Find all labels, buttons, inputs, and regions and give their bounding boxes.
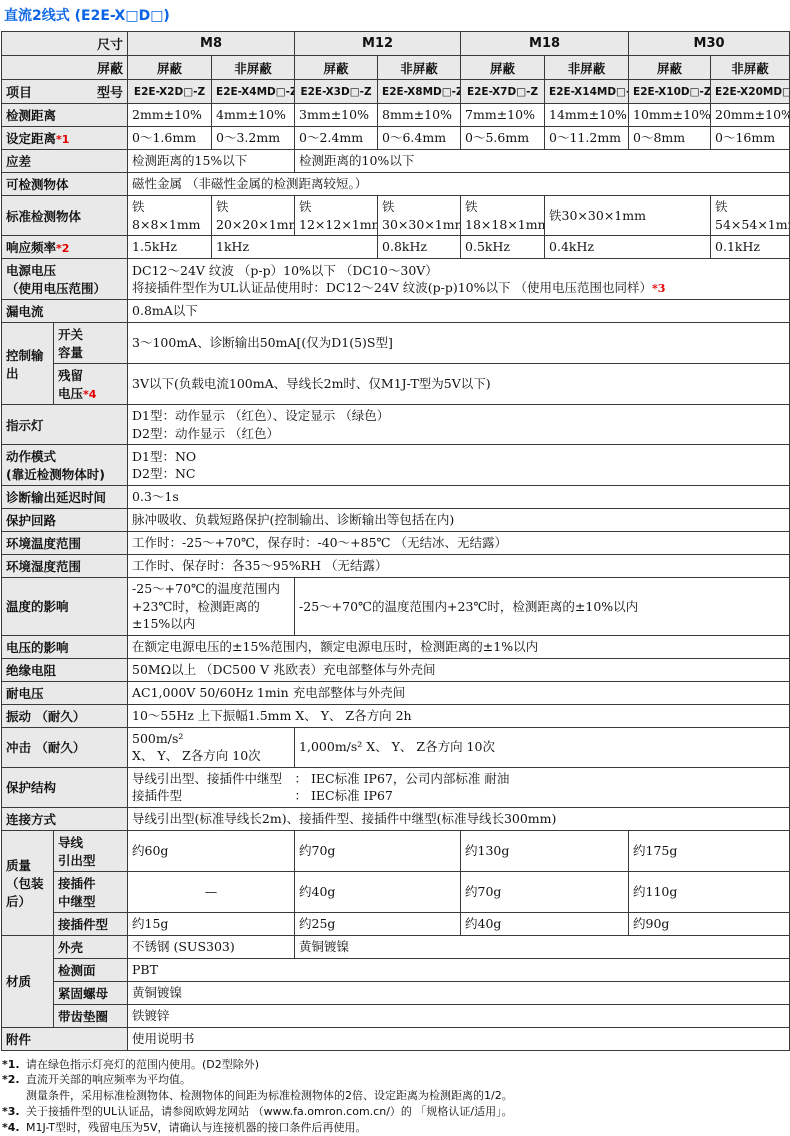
footnote-text: 请在绿色指示灯亮灯的范围内使用。(D2型除外) bbox=[26, 1057, 788, 1073]
spec-value-cell: 使用说明书 bbox=[128, 1027, 790, 1050]
spec-value-cell: 7mm±10% bbox=[461, 104, 545, 127]
spec-value-cell: 铁镀锌 bbox=[128, 1004, 790, 1027]
spec-value-cell: 0～8mm bbox=[629, 127, 711, 150]
spec-value-cell: 约15g bbox=[128, 912, 295, 935]
row-label: 振动 （耐久） bbox=[2, 704, 128, 727]
spec-value-cell: 1kHz bbox=[212, 236, 378, 259]
row-label: 漏电流 bbox=[2, 300, 128, 323]
spec-value-cell: 3V以下(负载电流100mA、导线长2m时、仅M1J-T型为5V以下) bbox=[128, 364, 790, 405]
spec-value-cell: D1型：动作显示 （红色）、设定显示 （绿色）D2型：动作显示 （红色） bbox=[128, 405, 790, 445]
row-label: 冲击 （耐久） bbox=[2, 727, 128, 767]
spec-value-cell: 0～1.6mm bbox=[128, 127, 212, 150]
footnote-ref: *1 bbox=[56, 133, 69, 146]
page-title: 直流2线式 (E2E-X□D□) bbox=[0, 0, 790, 31]
row-sub-label: 接插件型 bbox=[54, 912, 128, 935]
table-row: 设定距离*10～1.6mm0～3.2mm0～2.4mm0～6.4mm0～5.6m… bbox=[2, 127, 790, 150]
footnote-line: 测量条件，采用标准检测物体、检测物体的间距为标准检测物体的2倍、设定距离为检测距… bbox=[26, 1088, 788, 1104]
table-body: 检测距离2mm±10%4mm±10%3mm±10%8mm±10%7mm±10%1… bbox=[2, 104, 790, 1051]
model-header: E2E-X7D□-Z bbox=[461, 80, 545, 104]
table-row: 指示灯D1型：动作显示 （红色）、设定显示 （绿色）D2型：动作显示 （红色） bbox=[2, 405, 790, 445]
spec-value-cell: 铁30×30×1mm bbox=[545, 196, 711, 236]
spec-value-cell: 0～16mm bbox=[711, 127, 790, 150]
spec-value-cell: 20mm±10% bbox=[711, 104, 790, 127]
spec-value-cell: DC12～24V 纹波 （p-p）10%以下 （DC10～30V）将接插件型作为… bbox=[128, 259, 790, 300]
spec-value-cell: 约175g bbox=[629, 830, 790, 871]
row-label: 连接方式 bbox=[2, 807, 128, 830]
spec-value-cell: 检测距离的10%以下 bbox=[295, 150, 790, 173]
spec-value-cell: 0.8mA以下 bbox=[128, 300, 790, 323]
spec-value-cell: 约90g bbox=[629, 912, 790, 935]
spec-value-cell: 磁性金属 （非磁性金属的检测距离较短。） bbox=[128, 173, 790, 196]
table-row: 响应频率*21.5kHz1kHz0.8kHz0.5kHz0.4kHz0.1kHz bbox=[2, 236, 790, 259]
table-row: 接插件中继型—约40g约70g约110g bbox=[2, 871, 790, 912]
table-row: 残留电压*43V以下(负载电流100mA、导线长2m时、仅M1J-T型为5V以下… bbox=[2, 364, 790, 405]
row-label: 耐电压 bbox=[2, 681, 128, 704]
spec-value-cell: 0.5kHz bbox=[461, 236, 545, 259]
spec-value-cell: 1,000m/s² X、 Y、 Z各方向 10次 bbox=[295, 727, 790, 767]
table-row: 环境温度范围工作时：-25～+70℃，保存时：-40～+85℃ （无结冰、无结露… bbox=[2, 532, 790, 555]
model-header: E2E-X4MD□-Z bbox=[212, 80, 295, 104]
table-row: 动作模式(靠近检测物体时)D1型：NOD2型：NC bbox=[2, 445, 790, 486]
row-group-label: 材质 bbox=[2, 935, 54, 1027]
footnote-number: *1. bbox=[2, 1057, 26, 1073]
table-row: 保护回路脉冲吸收、负载短路保护(控制输出、诊断输出等包括在内) bbox=[2, 509, 790, 532]
spec-value-cell: 0.1kHz bbox=[711, 236, 790, 259]
table-row: 接插件型约15g约25g约40g约90g bbox=[2, 912, 790, 935]
table-row: 附件使用说明书 bbox=[2, 1027, 790, 1050]
shield-header: 非屏蔽 bbox=[545, 56, 629, 80]
spec-value-cell: 在额定电源电压的±15%范围内，额定电源电压时，检测距离的±1%以内 bbox=[128, 635, 790, 658]
spec-value-cell: 3～100mA、诊断输出50mA[(仅为D1(5)S型] bbox=[128, 323, 790, 364]
row-sub-label: 开关容量 bbox=[54, 323, 128, 364]
model-header: E2E-X8MD□-Z bbox=[378, 80, 461, 104]
row-label: 指示灯 bbox=[2, 405, 128, 445]
footnote-text: 直流开关部的响应频率为平均值。测量条件，采用标准检测物体、检测物体的间距为标准检… bbox=[26, 1072, 788, 1104]
spec-value-cell: 约130g bbox=[461, 830, 629, 871]
spec-sheet: 直流2线式 (E2E-X□D□) 尺寸M8M12M18M30屏蔽屏蔽非屏蔽屏蔽非… bbox=[0, 0, 790, 1136]
spec-value-cell: 铁18×18×1mm bbox=[461, 196, 545, 236]
table-row: 紧固螺母黄铜镀镍 bbox=[2, 981, 790, 1004]
table-row: 绝缘电阻50MΩ以上 （DC500 V 兆欧表）充电部整体与外壳间 bbox=[2, 658, 790, 681]
spec-value-cell: 铁30×30×1mm bbox=[378, 196, 461, 236]
spec-value-cell: 8mm±10% bbox=[378, 104, 461, 127]
row-label: 保护结构 bbox=[2, 767, 128, 807]
spec-value-cell: 0～3.2mm bbox=[212, 127, 295, 150]
row-label: 绝缘电阻 bbox=[2, 658, 128, 681]
spec-value-cell: — bbox=[128, 871, 295, 912]
row-label: 检测距离 bbox=[2, 104, 128, 127]
row-label: 保护回路 bbox=[2, 509, 128, 532]
shield-label: 屏蔽 bbox=[2, 56, 128, 80]
model-label: 型号 bbox=[97, 82, 123, 101]
item-label: 项目 bbox=[6, 82, 32, 101]
footnote: *4.M1J-T型时，残留电压为5V，请确认与连接机器的接口条件后再使用。 bbox=[2, 1120, 788, 1136]
spec-value-cell: 3mm±10% bbox=[295, 104, 378, 127]
spec-value-cell: 铁8×8×1mm bbox=[128, 196, 212, 236]
header-row-shield: 屏蔽屏蔽非屏蔽屏蔽非屏蔽屏蔽非屏蔽屏蔽非屏蔽 bbox=[2, 56, 790, 80]
shield-header: 屏蔽 bbox=[461, 56, 545, 80]
spec-value-cell: 约40g bbox=[295, 871, 461, 912]
footnote-line: M1J-T型时，残留电压为5V，请确认与连接机器的接口条件后再使用。 bbox=[26, 1120, 788, 1136]
model-header: E2E-X14MD□-Z bbox=[545, 80, 629, 104]
row-sub-label: 带齿垫圈 bbox=[54, 1004, 128, 1027]
model-header: E2E-X10D□-Z bbox=[629, 80, 711, 104]
table-row: 漏电流0.8mA以下 bbox=[2, 300, 790, 323]
footnote-line: 直流开关部的响应频率为平均值。 bbox=[26, 1072, 788, 1088]
spec-value-cell: -25～+70℃的温度范围内+23℃时，检测距离的±10%以内 bbox=[295, 578, 790, 636]
footnote-line: 请在绿色指示灯亮灯的范围内使用。(D2型除外) bbox=[26, 1057, 788, 1073]
table-row: 检测面PBT bbox=[2, 958, 790, 981]
spec-value-cell: -25～+70℃的温度范围内+23℃时，检测距离的±15%以内 bbox=[128, 578, 295, 636]
table-row: 保护结构导线引出型、接插件中继型 ： IEC标准 IP67，公司内部标准 耐油接… bbox=[2, 767, 790, 807]
footnote-ref: *4 bbox=[83, 388, 96, 401]
table-row: 检测距离2mm±10%4mm±10%3mm±10%8mm±10%7mm±10%1… bbox=[2, 104, 790, 127]
spec-value-cell: D1型：NOD2型：NC bbox=[128, 445, 790, 486]
spec-value-cell: 0.8kHz bbox=[378, 236, 461, 259]
row-label: 标准检测物体 bbox=[2, 196, 128, 236]
spec-value-cell: 铁54×54×1mm bbox=[711, 196, 790, 236]
row-label: 诊断输出延迟时间 bbox=[2, 486, 128, 509]
spec-value-cell: 约110g bbox=[629, 871, 790, 912]
spec-value-cell: 0.3～1s bbox=[128, 486, 790, 509]
row-label: 设定距离*1 bbox=[2, 127, 128, 150]
spec-value-cell: 约25g bbox=[295, 912, 461, 935]
spec-value-cell: 铁12×12×1mm bbox=[295, 196, 378, 236]
footnote-line: 关于接插件型的UL认证品，请参阅欧姆龙网站 （www.fa.omron.com.… bbox=[26, 1104, 788, 1120]
footnote-number: *3. bbox=[2, 1104, 26, 1120]
table-row: 耐电压AC1,000V 50/60Hz 1min 充电部整体与外壳间 bbox=[2, 681, 790, 704]
spec-value-cell: 50MΩ以上 （DC500 V 兆欧表）充电部整体与外壳间 bbox=[128, 658, 790, 681]
table-row: 电压的影响在额定电源电压的±15%范围内，额定电源电压时，检测距离的±1%以内 bbox=[2, 635, 790, 658]
table-row: 质量（包装后）导线引出型约60g约70g约130g约175g bbox=[2, 830, 790, 871]
spec-value-cell: 0～2.4mm bbox=[295, 127, 378, 150]
table-row: 材质外壳不锈钢 (SUS303)黄铜镀镍 bbox=[2, 935, 790, 958]
spec-value-cell: 0～11.2mm bbox=[545, 127, 629, 150]
shield-header: 屏蔽 bbox=[128, 56, 212, 80]
spec-value-cell: PBT bbox=[128, 958, 790, 981]
table-row: 可检测物体磁性金属 （非磁性金属的检测距离较短。） bbox=[2, 173, 790, 196]
footnote: *1.请在绿色指示灯亮灯的范围内使用。(D2型除外) bbox=[2, 1057, 788, 1073]
row-label: 电源电压（使用电压范围） bbox=[2, 259, 128, 300]
spec-value-cell: 脉冲吸收、负载短路保护(控制输出、诊断输出等包括在内) bbox=[128, 509, 790, 532]
spec-value-cell: 4mm±10% bbox=[212, 104, 295, 127]
table-row: 温度的影响-25～+70℃的温度范围内+23℃时，检测距离的±15%以内-25～… bbox=[2, 578, 790, 636]
header-row-size: 尺寸M8M12M18M30 bbox=[2, 32, 790, 56]
spec-value-cell: 铁20×20×1mm bbox=[212, 196, 295, 236]
shield-header: 非屏蔽 bbox=[378, 56, 461, 80]
row-label: 环境温度范围 bbox=[2, 532, 128, 555]
spec-value-cell: 0～5.6mm bbox=[461, 127, 545, 150]
table-row: 带齿垫圈铁镀锌 bbox=[2, 1004, 790, 1027]
footnote-ref: *2 bbox=[56, 242, 69, 255]
model-header: E2E-X20MD□-Z bbox=[711, 80, 790, 104]
spec-value-cell: AC1,000V 50/60Hz 1min 充电部整体与外壳间 bbox=[128, 681, 790, 704]
table-header: 尺寸M8M12M18M30屏蔽屏蔽非屏蔽屏蔽非屏蔽屏蔽非屏蔽屏蔽非屏蔽项目型号E… bbox=[2, 32, 790, 104]
item-model-wrap: 项目型号 bbox=[6, 82, 123, 101]
shield-header: 屏蔽 bbox=[295, 56, 378, 80]
size-header: M30 bbox=[629, 32, 790, 56]
spec-value-cell: 导线引出型、接插件中继型 ： IEC标准 IP67，公司内部标准 耐油接插件型 … bbox=[128, 767, 790, 807]
spec-table: 尺寸M8M12M18M30屏蔽屏蔽非屏蔽屏蔽非屏蔽屏蔽非屏蔽屏蔽非屏蔽项目型号E… bbox=[1, 31, 790, 1051]
row-sub-label: 紧固螺母 bbox=[54, 981, 128, 1004]
shield-header: 非屏蔽 bbox=[711, 56, 790, 80]
row-label: 温度的影响 bbox=[2, 578, 128, 636]
row-label: 响应频率*2 bbox=[2, 236, 128, 259]
item-model-label: 项目型号 bbox=[2, 80, 128, 104]
spec-value-cell: 黄铜镀镍 bbox=[295, 935, 790, 958]
row-sub-label: 外壳 bbox=[54, 935, 128, 958]
table-row: 诊断输出延迟时间0.3～1s bbox=[2, 486, 790, 509]
spec-value-cell: 0～6.4mm bbox=[378, 127, 461, 150]
footnote-number: *2. bbox=[2, 1072, 26, 1104]
model-header: E2E-X2D□-Z bbox=[128, 80, 212, 104]
row-sub-label: 残留电压*4 bbox=[54, 364, 128, 405]
footnote-ref: *3 bbox=[652, 282, 665, 295]
row-label: 可检测物体 bbox=[2, 173, 128, 196]
spec-value-cell: 10mm±10% bbox=[629, 104, 711, 127]
footnote: *3.关于接插件型的UL认证品，请参阅欧姆龙网站 （www.fa.omron.c… bbox=[2, 1104, 788, 1120]
spec-value-cell: 黄铜镀镍 bbox=[128, 981, 790, 1004]
spec-value-cell: 约70g bbox=[295, 830, 461, 871]
spec-value-cell: 工作时、保存时：各35～95%RH （无结露） bbox=[128, 555, 790, 578]
row-label: 动作模式(靠近检测物体时) bbox=[2, 445, 128, 486]
footnote-number: *4. bbox=[2, 1120, 26, 1136]
table-row: 连接方式导线引出型(标准导线长2m)、接插件型、接插件中继型(标准导线长300m… bbox=[2, 807, 790, 830]
header-row-model: 项目型号E2E-X2D□-ZE2E-X4MD□-ZE2E-X3D□-ZE2E-X… bbox=[2, 80, 790, 104]
footnote-text: M1J-T型时，残留电压为5V，请确认与连接机器的接口条件后再使用。 bbox=[26, 1120, 788, 1136]
table-row: 环境湿度范围工作时、保存时：各35～95%RH （无结露） bbox=[2, 555, 790, 578]
row-group-label: 质量（包装后） bbox=[2, 830, 54, 935]
size-header: M12 bbox=[295, 32, 461, 56]
row-label: 应差 bbox=[2, 150, 128, 173]
size-header: M18 bbox=[461, 32, 629, 56]
row-sub-label: 检测面 bbox=[54, 958, 128, 981]
row-label: 电压的影响 bbox=[2, 635, 128, 658]
row-sub-label: 接插件中继型 bbox=[54, 871, 128, 912]
spec-value-cell: 2mm±10% bbox=[128, 104, 212, 127]
size-header: M8 bbox=[128, 32, 295, 56]
row-label: 环境湿度范围 bbox=[2, 555, 128, 578]
size-label: 尺寸 bbox=[2, 32, 128, 56]
spec-value-cell: 工作时：-25～+70℃，保存时：-40～+85℃ （无结冰、无结露） bbox=[128, 532, 790, 555]
spec-value-cell: 约40g bbox=[461, 912, 629, 935]
spec-value-cell: 约60g bbox=[128, 830, 295, 871]
footnotes: *1.请在绿色指示灯亮灯的范围内使用。(D2型除外)*2.直流开关部的响应频率为… bbox=[2, 1057, 788, 1136]
footnote-text: 关于接插件型的UL认证品，请参阅欧姆龙网站 （www.fa.omron.com.… bbox=[26, 1104, 788, 1120]
row-sub-label: 导线引出型 bbox=[54, 830, 128, 871]
spec-value-cell: 14mm±10% bbox=[545, 104, 629, 127]
table-row: 应差检测距离的15%以下检测距离的10%以下 bbox=[2, 150, 790, 173]
footnote: *2.直流开关部的响应频率为平均值。测量条件，采用标准检测物体、检测物体的间距为… bbox=[2, 1072, 788, 1104]
spec-value-cell: 检测距离的15%以下 bbox=[128, 150, 295, 173]
spec-value-cell: 不锈钢 (SUS303) bbox=[128, 935, 295, 958]
row-label: 附件 bbox=[2, 1027, 128, 1050]
spec-value-cell: 导线引出型(标准导线长2m)、接插件型、接插件中继型(标准导线长300mm) bbox=[128, 807, 790, 830]
table-row: 振动 （耐久）10～55Hz 上下振幅1.5mm X、 Y、 Z各方向 2h bbox=[2, 704, 790, 727]
row-group-label: 控制输出 bbox=[2, 323, 54, 405]
spec-value-cell: 约70g bbox=[461, 871, 629, 912]
spec-value-cell: 1.5kHz bbox=[128, 236, 212, 259]
shield-header: 非屏蔽 bbox=[212, 56, 295, 80]
spec-value-cell: 500m/s²X、 Y、 Z各方向 10次 bbox=[128, 727, 295, 767]
table-row: 冲击 （耐久）500m/s²X、 Y、 Z各方向 10次1,000m/s² X、… bbox=[2, 727, 790, 767]
table-row: 控制输出开关容量3～100mA、诊断输出50mA[(仅为D1(5)S型] bbox=[2, 323, 790, 364]
spec-value-cell: 0.4kHz bbox=[545, 236, 711, 259]
model-header: E2E-X3D□-Z bbox=[295, 80, 378, 104]
spec-value-cell: 10～55Hz 上下振幅1.5mm X、 Y、 Z各方向 2h bbox=[128, 704, 790, 727]
table-row: 电源电压（使用电压范围）DC12～24V 纹波 （p-p）10%以下 （DC10… bbox=[2, 259, 790, 300]
shield-header: 屏蔽 bbox=[629, 56, 711, 80]
table-row: 标准检测物体铁8×8×1mm铁20×20×1mm铁12×12×1mm铁30×30… bbox=[2, 196, 790, 236]
